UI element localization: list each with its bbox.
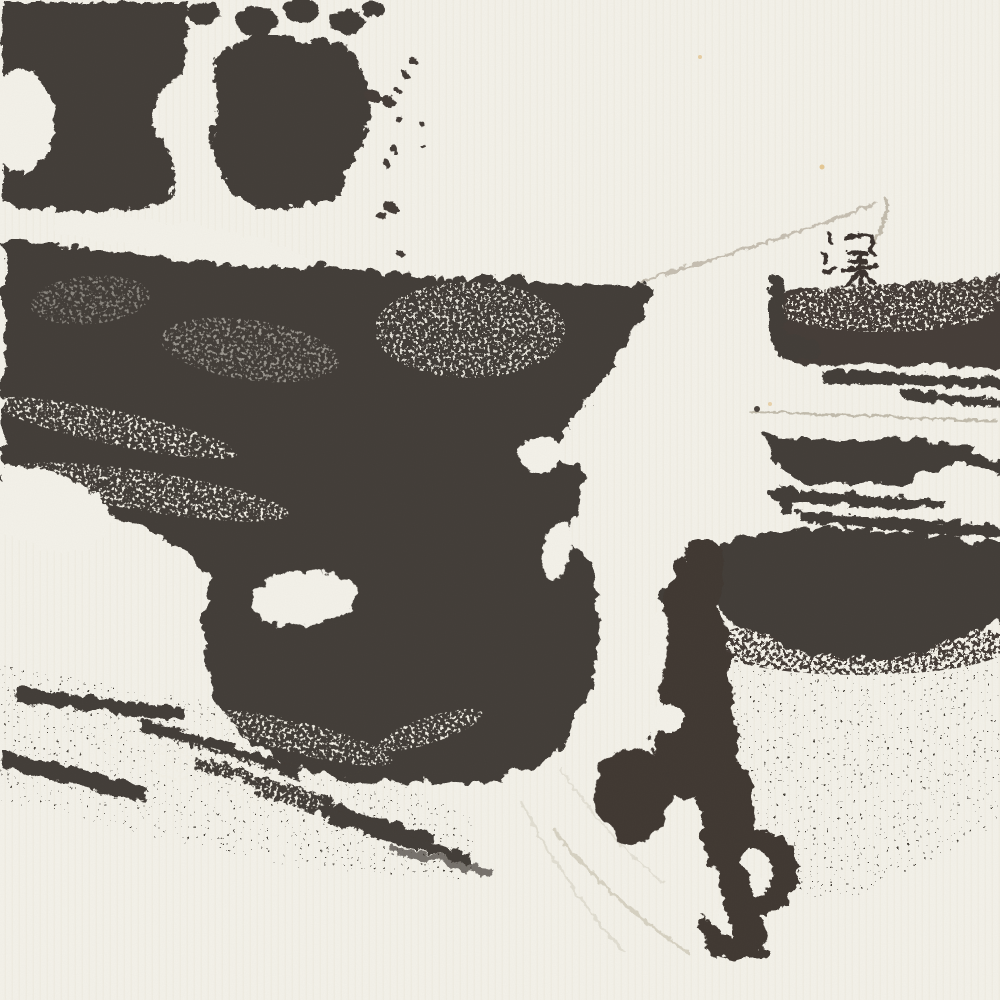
paper-grain-overlay xyxy=(0,0,1000,1000)
ink-painting-canvas: Ink wash landscape detail: cliff, moored… xyxy=(0,0,1000,1000)
painting-stage: Ink wash landscape detail: cliff, moored… xyxy=(0,0,1000,1000)
